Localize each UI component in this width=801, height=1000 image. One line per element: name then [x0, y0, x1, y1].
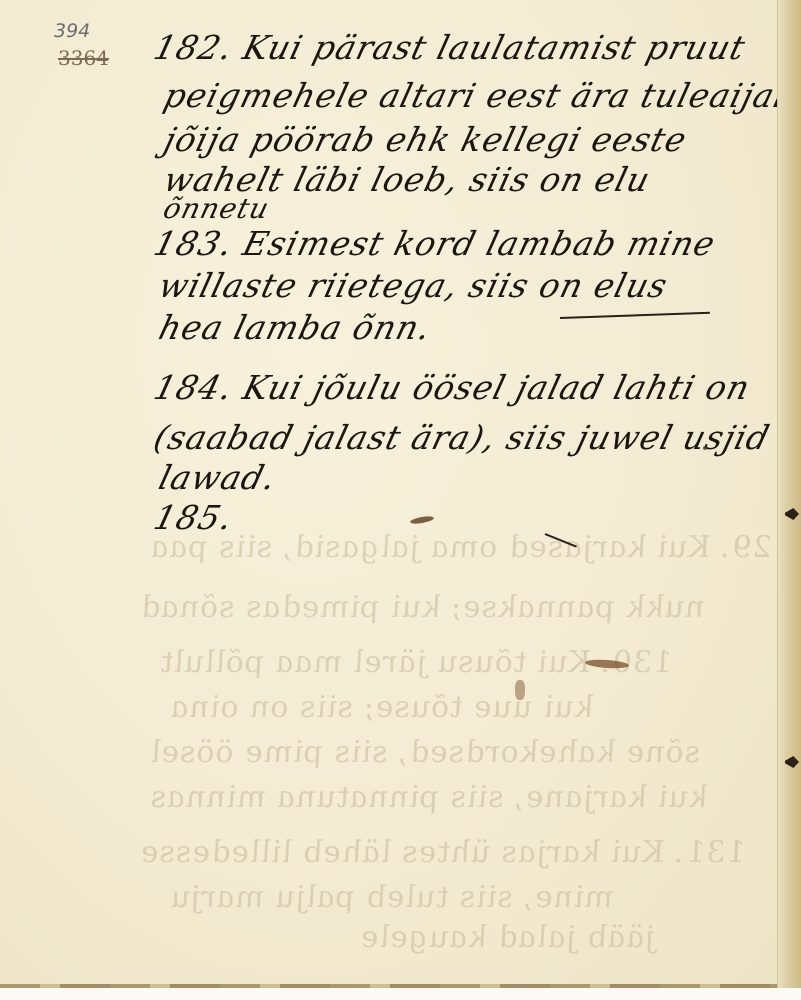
entry-number: 183.: [150, 224, 237, 263]
entry-line: 184. Kui jõulu öösel jalad lahti on: [150, 368, 754, 407]
bleed-through-line: kui karjane, siis pinnatuna minnas: [146, 780, 712, 815]
ink-mark: [410, 515, 435, 525]
entry-number: 184.: [150, 368, 237, 407]
ink-mark: [515, 680, 525, 700]
entry-line: 185.: [150, 498, 237, 537]
entry-text: Kui pärast laulatamist pruut: [239, 28, 750, 67]
entry-line: willaste riietega, siis on elus: [155, 266, 672, 305]
bleed-through-line: kui uue tõuse; siis on oina: [166, 690, 598, 725]
archive-number-struck: 3364: [58, 46, 109, 70]
bleed-through-line: mine, siis tuleb palju marju: [166, 880, 618, 915]
scan-margin: [0, 988, 801, 1000]
entry-number: 185.: [150, 498, 237, 537]
entry-text: Kui jõulu öösel jalad lahti on: [239, 368, 755, 407]
binding-staple: [785, 508, 799, 520]
entry-text: Esimest kord lambab mine: [239, 224, 720, 263]
bleed-through-line: 131. Kui karjas ühtes läheb lilledesse: [136, 835, 750, 870]
bleed-through-line: jääb jalad kaugele: [356, 920, 660, 955]
bleed-through-line: 129. Kui karjased oma jalgasid, siis paa: [146, 530, 796, 565]
binding-staple: [785, 756, 799, 768]
entry-line: (saabad jalast ära), siis juwel usjid na…: [150, 418, 801, 457]
bleed-through-line: sõne kahekordsed, siis pime öösel: [146, 735, 705, 770]
page-binding-edge: [777, 0, 801, 1000]
entry-line: 183. Esimest kord lambab mine: [150, 224, 720, 263]
entry-line: 182. Kui pärast laulatamist pruut: [150, 28, 750, 67]
bleed-through-line: nukk pannakse; kui pimedas sõnad: [136, 590, 709, 625]
flourish-line: [560, 312, 710, 319]
entry-line: õnnetu: [160, 192, 273, 225]
entry-line: lawad.: [155, 458, 280, 497]
entry-line: peigmehele altari eest ära tuleaijal: [160, 76, 791, 115]
archive-number: 394: [54, 20, 90, 42]
ink-dot: [703, 446, 707, 450]
entry-line: jõija pöörab ehk kellegi eeste: [160, 120, 691, 159]
entry-number: 182.: [150, 28, 237, 67]
entry-line: hea lamba õnn.: [155, 308, 435, 347]
manuscript-page: 129. Kui karjased oma jalgasid, siis paa…: [0, 0, 778, 990]
